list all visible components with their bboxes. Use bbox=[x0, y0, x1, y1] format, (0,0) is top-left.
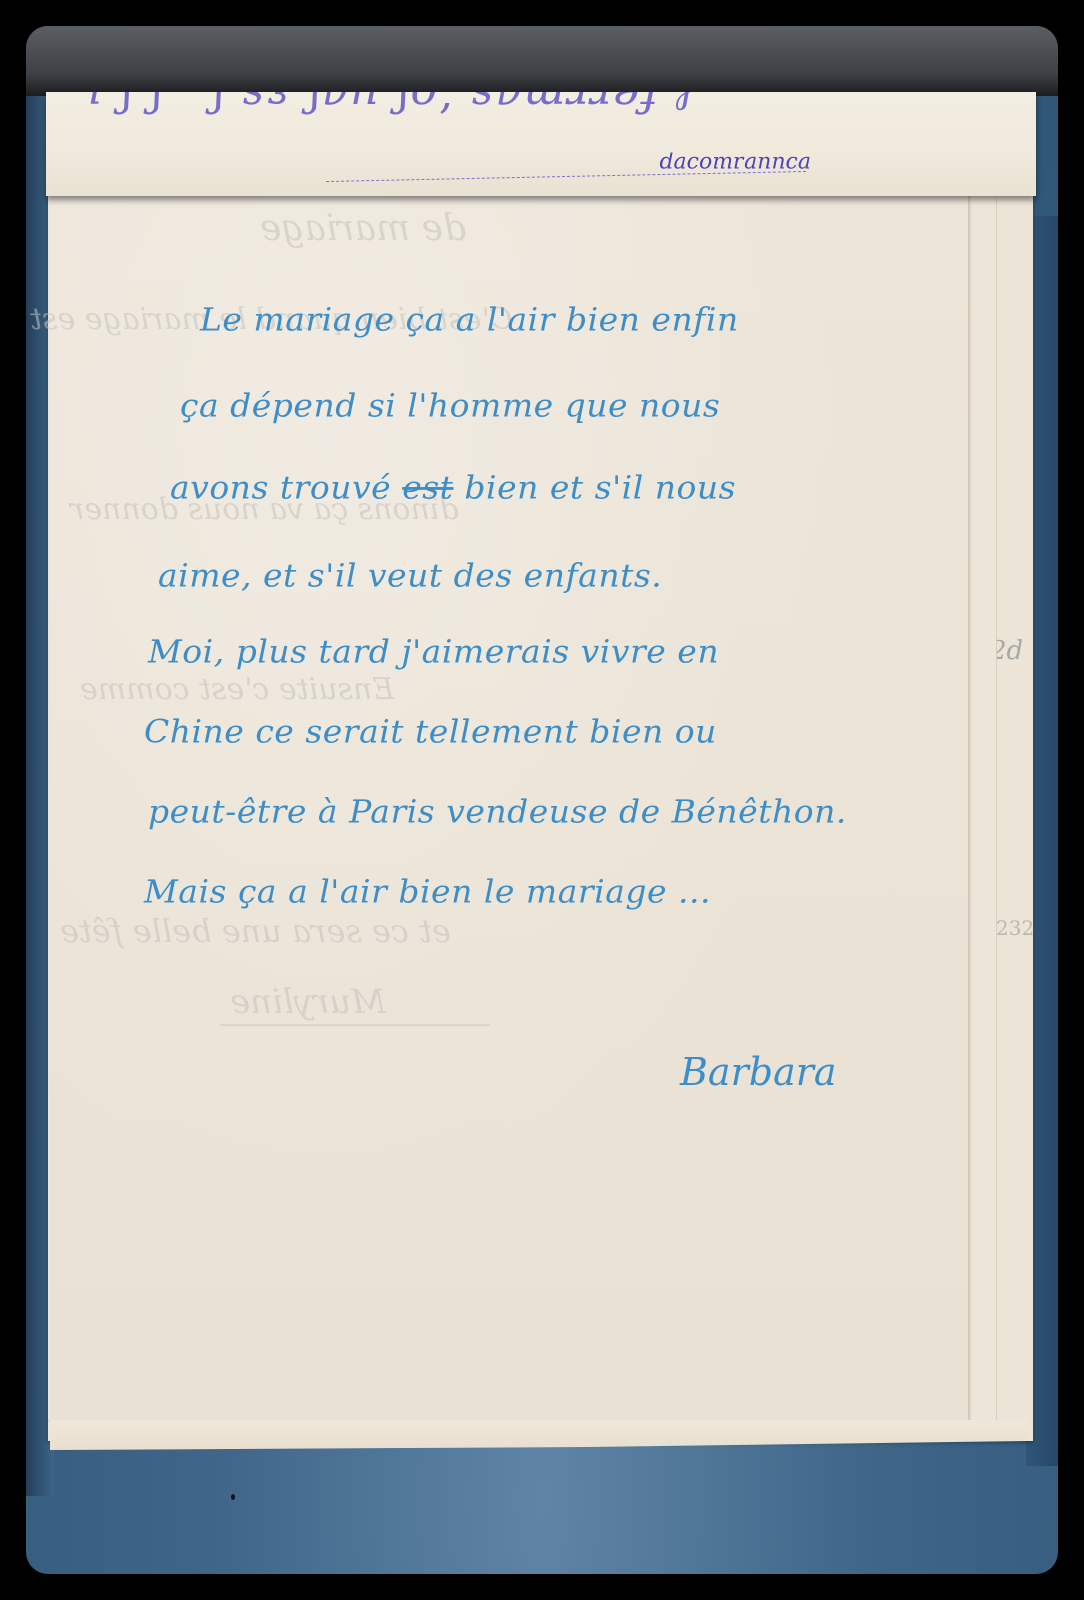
struck-word: est bbox=[402, 469, 453, 506]
text-fragment: bien et s'il nous bbox=[453, 469, 736, 506]
text-line: aime, et s'il veut des enfants. bbox=[158, 557, 662, 594]
upside-down-purple-ink: ℓ ferrmas ʻoʃ uaʃ ɛs ʃ . ʃ ʃ ı bbox=[86, 92, 694, 121]
text-line: Mais ça a l'air bien le mariage ... bbox=[144, 873, 711, 910]
dust-speck bbox=[231, 1494, 235, 1500]
letter-page: de mariage C'est bien quand le mariage e… bbox=[50, 192, 969, 1421]
text-line: avons trouvé est bien et s'il nous bbox=[170, 469, 736, 506]
text-line: Le mariage ça a l'air bien enfin bbox=[200, 301, 739, 338]
margin-number: 232 bbox=[996, 916, 1034, 940]
struck-purple-word: ɐɔuuɐɹɯoɔɐp bbox=[251, 162, 811, 176]
scan-frame: 2d 232 ℓ ferrmas ʻoʃ uaʃ ɛs ʃ . ʃ ʃ ı ɐɔ… bbox=[26, 26, 1058, 1574]
text-line: Chine ce serait tellement bien ou bbox=[144, 713, 717, 750]
text-line: peut-être à Paris vendeuse de Bénêthon. bbox=[148, 793, 847, 830]
folded-top-strip: ℓ ferrmas ʻoʃ uaʃ ɛs ʃ . ʃ ʃ ı ɐɔuuɐɹɯoɔ… bbox=[46, 92, 1036, 196]
text-fragment: avons trouvé bbox=[170, 469, 402, 506]
stacked-sheet-edges bbox=[50, 1420, 1028, 1450]
signature: Barbara bbox=[680, 1050, 837, 1094]
text-line: Moi, plus tard j'aimerais vivre en bbox=[148, 633, 719, 670]
handwritten-text: Le mariage ça a l'air bien enfin ça dépe… bbox=[50, 192, 968, 1420]
scanner-top-shadow bbox=[26, 26, 1058, 96]
text-line: ça dépend si l'homme que nous bbox=[180, 387, 720, 424]
